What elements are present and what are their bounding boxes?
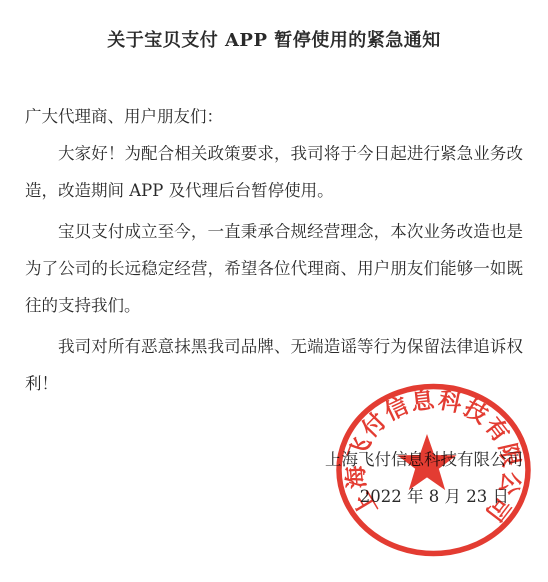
body-line: 宝贝支付成立至今，一直秉承合规经营理念，本次业务改造也是 [25, 213, 523, 250]
body-line: 造，改造期间 APP 及代理后台暂停使用。 [25, 172, 523, 209]
signature-block: 上海飞付信息科技有限公司 2022 年 8 月 23 日 [25, 441, 523, 515]
notice-title: 关于宝贝支付 APP 暂停使用的紧急通知 [0, 0, 548, 54]
body-line: 往的支持我们。 [25, 287, 523, 324]
body-line: 广大代理商、用户朋友们： [25, 98, 523, 135]
signature-date: 2022 年 8 月 23 日 [25, 478, 523, 515]
notice-document: 关于宝贝支付 APP 暂停使用的紧急通知 广大代理商、用户朋友们：大家好！为配合… [0, 0, 548, 582]
body-line: 利！ [25, 365, 523, 402]
notice-body: 广大代理商、用户朋友们：大家好！为配合相关政策要求，我司将于今日起进行紧急业务改… [25, 98, 523, 402]
body-line: 我司对所有恶意抹黑我司品牌、无端造谣等行为保留法律追诉权 [25, 328, 523, 365]
signature-company: 上海飞付信息科技有限公司 [25, 441, 523, 478]
body-line: 为了公司的长远稳定经营，希望各位代理商、用户朋友们能够一如既 [25, 250, 523, 287]
body-line: 大家好！为配合相关政策要求，我司将于今日起进行紧急业务改 [25, 135, 523, 172]
